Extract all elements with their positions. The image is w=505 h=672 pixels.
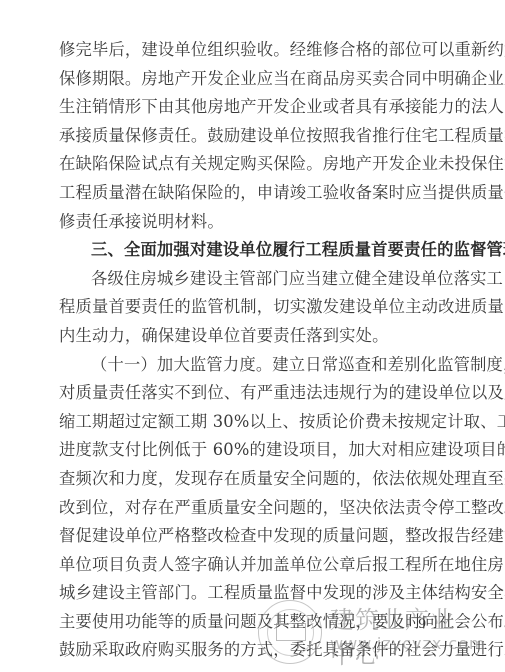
body-line: 承接质量保修责任。鼓励建设单位按照我省推行住宅工程质量潜 [59, 122, 454, 151]
body-line: 各级住房城乡建设主管部门应当建立健全建设单位落实工 [59, 265, 454, 294]
body-line: 改到位，对存在严重质量安全问题的，坚决依法责令停工整改。 [59, 494, 454, 523]
body-line: 对质量责任落实不到位、有严重违法违规行为的建设单位以及压 [59, 379, 454, 408]
body-line: 督促建设单位严格整改检查中发现的质量问题，整改报告经建设 [59, 522, 454, 551]
factory-seal-icon [258, 600, 322, 664]
body-line: 进度款支付比例低于 60%的建设项目，加大对相应建设项目的检 [59, 436, 454, 465]
body-line: 工程质量潜在缺陷保险的，申请竣工验收备案时应当提供质量保 [59, 179, 454, 208]
body-line: 查频次和力度，发现存在质量安全问题的，依法依规处理直至整 [59, 465, 454, 494]
body-line: 修责任承接说明材料。 [59, 208, 454, 237]
watermark: 建筑业产业中心 www.jzycyzx.com [258, 600, 468, 670]
body-line: 缩工期超过定额工期 30%以上、按质论价费未按规定计取、工程 [59, 408, 454, 437]
body-line: 程质量首要责任的监管机制，切实激发建设单位主动改进质量的 [59, 293, 454, 322]
document-page: 修完毕后，建设单位组织验收。经维修合格的部位可以重新约定 保修期限。房地产开发企… [59, 36, 454, 665]
section-heading: 三、全面加强对建设单位履行工程质量首要责任的监督管理 [59, 236, 454, 265]
body-line: 生注销情形下由其他房地产开发企业或者具有承接能力的法人 [59, 93, 454, 122]
body-line: 修完毕后，建设单位组织验收。经维修合格的部位可以重新约定 [59, 36, 454, 65]
body-line: 单位项目负责人签字确认并加盖单位公章后报工程所在地住房 [59, 551, 454, 580]
body-line: 保修期限。房地产开发企业应当在商品房买卖合同中明确企业发 [59, 65, 454, 94]
page-number: 9 [418, 617, 426, 632]
watermark-url: www.jzycyzx.com [330, 634, 486, 653]
subsection-line: （十一）加大监管力度。建立日常巡查和差别化监管制度， [59, 351, 454, 380]
body-line: 在缺陷保险试点有关规定购买保险。房地产开发企业未投保住宅 [59, 150, 454, 179]
body-line: 内生动力，确保建设单位首要责任落到实处。 [59, 322, 454, 351]
